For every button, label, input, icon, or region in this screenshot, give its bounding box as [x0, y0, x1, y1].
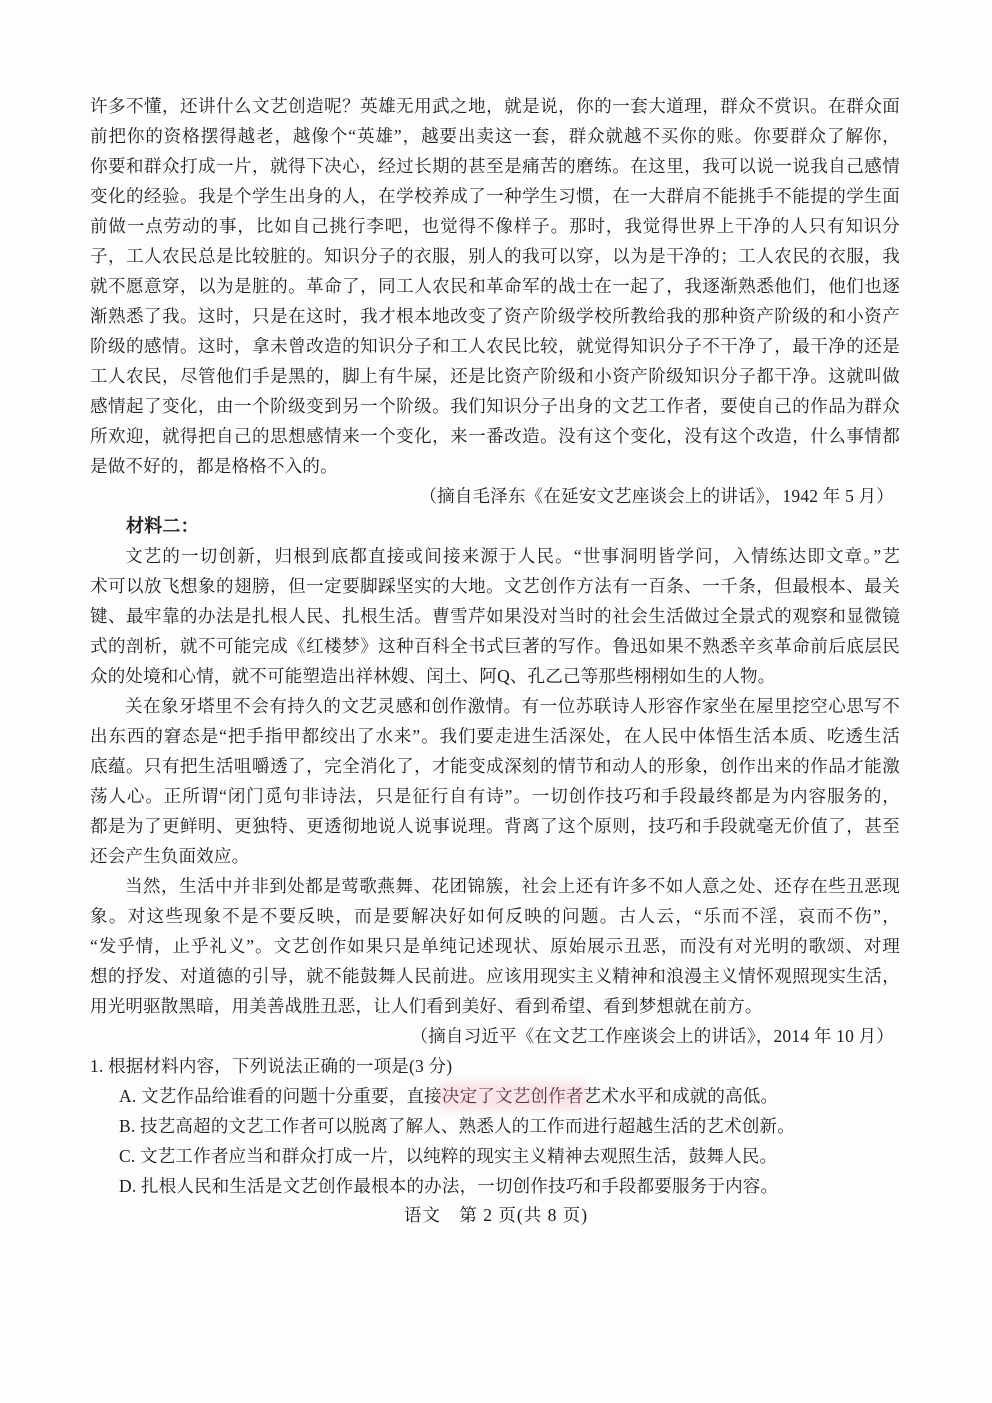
- material2-line: 想的抒发、对道德的引导，就不能鼓舞人民前进。应该用现实主义精神和浪漫主义情怀观照…: [90, 961, 900, 991]
- material1-line: 变化的经验。我是个学生出身的人，在学校养成了一种学生习惯，在一大群肩不能挑手不能…: [90, 181, 900, 211]
- material1-line: 许多不懂，还讲什么文艺创造呢？英雄无用武之地，就是说，你的一套大道理，群众不赏识…: [90, 91, 900, 121]
- material2-line: 用光明驱散黑暗，用美善战胜丑恶，让人们看到美好、看到希望、看到梦想就在前方。: [90, 991, 900, 1021]
- option-c: C. 文艺工作者应当和群众打成一片，以纯粹的现实主义精神去观照生活，鼓舞人民。: [90, 1141, 900, 1171]
- material1-line: 你要和群众打成一片，就得下决心，经过长期的甚至是痛苦的磨练。在这里，我可以说一说…: [90, 151, 900, 181]
- material2-line: 当然，生活中并非到处都是莺歌燕舞、花团锦簇，社会上还有许多不如人意之处、还存在些…: [90, 871, 900, 901]
- material2-line: “发乎情，止乎礼义”。文艺创作如果只是单纯记述现状、原始展示丑恶，而没有对光明的…: [90, 931, 900, 961]
- material1-line: 就不愿意穿，以为是脏的。革命了，同工人农民和革命军的战士在一起了，我逐渐熟悉他们…: [90, 271, 900, 301]
- material1-line: 子，工人农民总是比较脏的。知识分子的衣服，别人的我可以穿，以为是干净的；工人农民…: [90, 241, 900, 271]
- material2-line: 还会产生负面效应。: [90, 841, 900, 871]
- material1-line: 渐熟悉了我。这时，只是在这时，我才根本地改变了资产阶级学校所教给我的那种资产阶级…: [90, 301, 900, 331]
- material1-line: 阶级的感情。这时，拿未曾改造的知识分子和工人农民比较，就觉得知识分子不干净了，最…: [90, 331, 900, 361]
- material1-line: 前把你的资格摆得越老，越像个“英雄”，越要出卖这一套，群众就越不买你的账。你要群…: [90, 121, 900, 151]
- material2-line: 荡人心。正所谓“闭门觅句非诗法，只是征行自有诗”。一切创作技巧和手段最终都是为内…: [90, 781, 900, 811]
- material2-line: 关在象牙塔里不会有持久的文艺灵感和创作激情。有一位苏联诗人形容作家坐在屋里挖空心…: [90, 691, 900, 721]
- page-footer: 语文 第 2 页(共 8 页): [0, 1200, 992, 1230]
- material2-line: 文艺的一切创新，归根到底都直接或间接来源于人民。“世事洞明皆学问，入情练达即文章…: [90, 541, 900, 571]
- material1-line: 所欢迎，就得把自己的思想感情来一个变化，来一番改造。没有这个变化，没有这个改造，…: [90, 421, 900, 451]
- material2-line: 式的剖析，就不可能完成《红楼梦》这种百科全书式巨著的写作。鲁迅如果不熟悉辛亥革命…: [90, 631, 900, 661]
- material1-line: 前做一点劳动的事，比如自己挑行李吧，也觉得不像样子。那时，我觉得世界上干净的人只…: [90, 211, 900, 241]
- material1-line: 感情起了变化，由一个阶级变到另一个阶级。我们知识分子出身的文艺工作者，要使自己的…: [90, 391, 900, 421]
- option-d: D. 扎根人民和生活是文艺创作最根本的办法，一切创作技巧和手段都要服务于内容。: [90, 1171, 900, 1201]
- material2-line: 键、最牢靠的办法是扎根人民、扎根生活。曹雪芹如果没对当时的社会生活做过全景式的观…: [90, 601, 900, 631]
- material2-line: 底蕴。只有把生活咀嚼透了，完全消化了，才能变成深刻的情节和动人的形象，创作出来的…: [90, 751, 900, 781]
- material2-line: 术可以放飞想象的翅膀，但一定要脚踩坚实的大地。文艺创作方法有一百条、一千条，但最…: [90, 571, 900, 601]
- red-watermark-overlap: 决定了文艺创作者: [442, 1086, 584, 1106]
- question-stem: 1. 根据材料内容，下列说法正确的一项是(3 分): [90, 1051, 900, 1081]
- material2-line: 众的处境和心情，就不可能塑造出祥林嫂、闰土、阿Q、孔乙己等那些栩栩如生的人物。: [90, 661, 900, 691]
- material2-line: 出东西的窘态是“把手指甲都绞出了水来”。我们要走进生活深处，在人民中体悟生活本质…: [90, 721, 900, 751]
- text-column: 许多不懂，还讲什么文艺创造呢？英雄无用武之地，就是说，你的一套大道理，群众不赏识…: [90, 91, 900, 1201]
- material2-heading: 材料二：: [90, 511, 900, 541]
- material2-attribution: （摘自习近平《在文艺工作座谈会上的讲话》，2014 年 10 月）: [90, 1021, 900, 1051]
- material2-line: 象。对这些现象不是不要反映，而是要解决好如何反映的问题。古人云，“乐而不淫，哀而…: [90, 901, 900, 931]
- material1-line: 是做不好的，都是格格不入的。: [90, 451, 900, 481]
- option-b: B. 技艺高超的文艺工作者可以脱离了解人、熟悉人的工作而进行超越生活的艺术创新。: [90, 1111, 900, 1141]
- material1-line: 工人农民，尽管他们手是黑的，脚上有牛屎，还是比资产阶级和小资产阶级知识分子都干净…: [90, 361, 900, 391]
- option-a: A. 文艺作品给谁看的问题十分重要，直接决定了文艺创作者艺术水平和成就的高低。: [90, 1081, 900, 1111]
- material1-attribution: （摘自毛泽东《在延安文艺座谈会上的讲话》，1942 年 5 月）: [90, 481, 900, 511]
- exam-page: 许多不懂，还讲什么文艺创造呢？英雄无用武之地，就是说，你的一套大道理，群众不赏识…: [0, 0, 992, 1403]
- material2-line: 都是为了更鲜明、更独特、更透彻地说人说事说理。背离了这个原则，技巧和手段就毫无价…: [90, 811, 900, 841]
